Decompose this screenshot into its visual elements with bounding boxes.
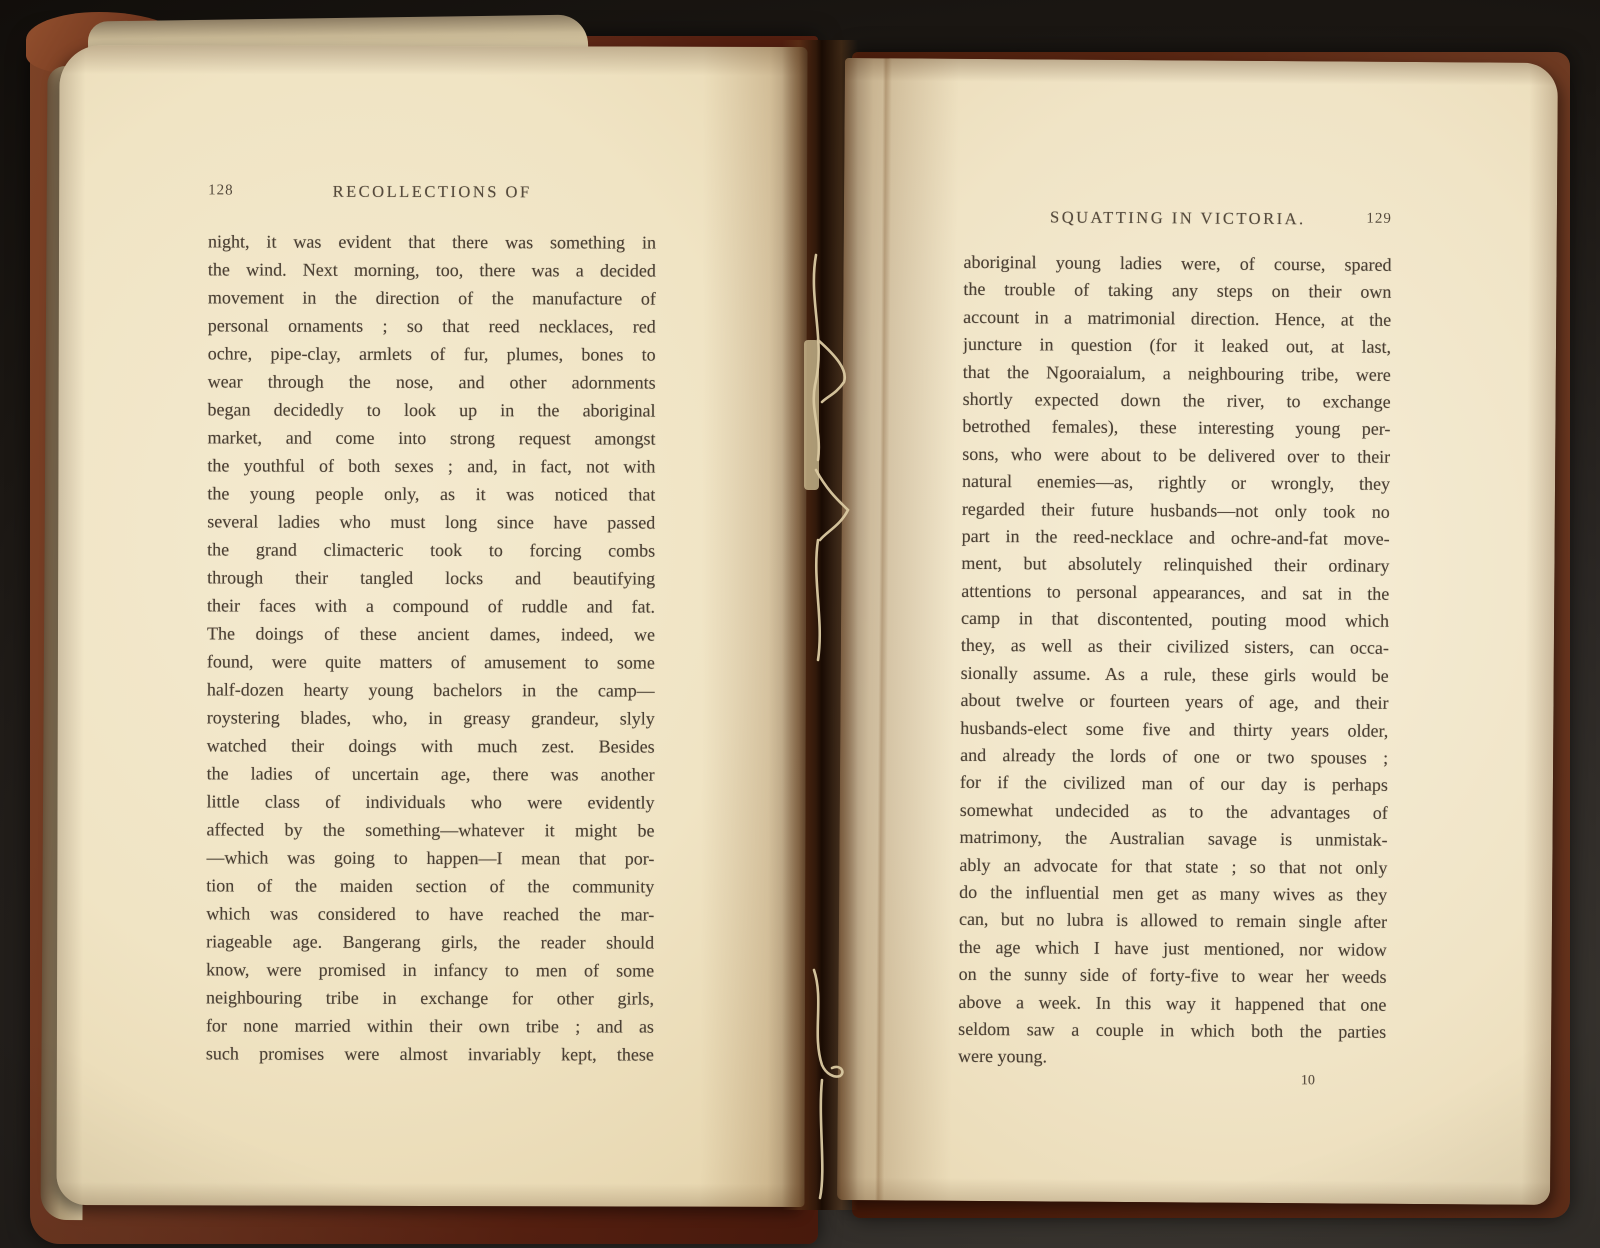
text-line: found, were quite matters of amusement t… <box>207 647 655 676</box>
text-line: for none married within their own tribe … <box>206 1011 654 1040</box>
text-line: the young people only, as it was noticed… <box>207 479 655 508</box>
text-line: personal ornaments ; so that reed neckla… <box>208 311 656 340</box>
text-line: wear through the nose, and other adornme… <box>208 367 656 396</box>
text-line: matrimony, the Australian savage is unmi… <box>959 824 1387 854</box>
text-line: the age which I have just mentioned, nor… <box>959 934 1387 964</box>
text-line: ment, but absolutely relinquished their … <box>961 550 1389 580</box>
text-line: little class of individuals who were evi… <box>207 787 655 816</box>
text-line: riageable age. Bangerang girls, the read… <box>206 927 654 956</box>
left-running-header: RECOLLECTIONS OF <box>208 181 656 202</box>
text-line: the trouble of taking any steps on their… <box>963 276 1391 306</box>
book-photograph: 128 RECOLLECTIONS OF night, it was evide… <box>0 0 1600 1248</box>
text-line: betrothed females), these interesting yo… <box>962 413 1390 443</box>
text-line: know, were promised in infancy to men of… <box>206 955 654 984</box>
text-line: above a week. In this way it happened th… <box>958 988 1386 1018</box>
text-line: the youthful of both sexes ; and, in fac… <box>207 451 655 480</box>
left-page-header: 128 RECOLLECTIONS OF <box>208 181 656 206</box>
text-line: part in the reed-necklace and ochre-and-… <box>962 523 1390 553</box>
text-line: aboriginal young ladies were, of course,… <box>963 249 1391 279</box>
right-page-header: SQUATTING IN VICTORIA. 129 <box>964 207 1392 234</box>
text-line: somewhat undecided as to the advantages … <box>960 797 1388 827</box>
text-line: can, but no lubra is allowed to remain s… <box>959 906 1387 936</box>
text-line: natural enemies—as, rightly or wrongly, … <box>962 468 1390 498</box>
text-line: attentions to personal appearances, and … <box>961 578 1389 608</box>
text-line: through their tangled locks and beautify… <box>207 563 655 592</box>
text-line: for if the civilized man of our day is p… <box>960 769 1388 799</box>
text-line: tion of the maiden section of the commun… <box>206 871 654 900</box>
right-running-header: SQUATTING IN VICTORIA. <box>964 207 1392 230</box>
text-line: The doings of these ancient dames, indee… <box>207 619 655 648</box>
text-line: sons, who were about to be delivered ove… <box>962 441 1390 471</box>
text-line: shortly expected down the river, to exch… <box>963 386 1391 416</box>
text-line: neighbouring tribe in exchange for other… <box>206 983 654 1012</box>
text-line: seldom saw a couple in which both the pa… <box>958 1016 1386 1046</box>
text-line: affected by the something—whatever it mi… <box>206 815 654 844</box>
text-line: ably an advocate for that state ; so tha… <box>959 851 1387 881</box>
text-line: do the influential men get as many wives… <box>959 879 1387 909</box>
text-line: night, it was evident that there was som… <box>208 227 656 256</box>
text-line: husbands-elect some five and thirty year… <box>960 714 1388 744</box>
text-line: half-dozen hearty young bachelors in the… <box>207 675 655 704</box>
right-page-number: 129 <box>1366 211 1392 228</box>
text-line: such promises were almost invariably kep… <box>206 1039 654 1068</box>
signature-mark: 10 <box>1278 1073 1338 1089</box>
text-line: regarded their future husbands—not only … <box>962 495 1390 525</box>
left-page: 128 RECOLLECTIONS OF night, it was evide… <box>56 45 807 1207</box>
text-line: the ladies of uncertain age, there was a… <box>207 759 655 788</box>
text-line: began decidedly to look up in the aborig… <box>208 395 656 424</box>
text-line: camp in that discontented, pouting mood … <box>961 605 1389 635</box>
text-line: which was considered to have reached the… <box>206 899 654 928</box>
text-line: the wind. Next morning, too, there was a… <box>208 255 656 284</box>
text-line: that the Ngooraialum, a neighbouring tri… <box>963 358 1391 388</box>
text-line: their faces with a compound of ruddle an… <box>207 591 655 620</box>
text-line: were young. <box>958 1043 1386 1073</box>
text-line: about twelve or fourteen years of age, a… <box>960 687 1388 717</box>
text-line: roystering blades, who, in greasy grande… <box>207 703 655 732</box>
text-line: they, as well as their civilized sisters… <box>961 632 1389 662</box>
text-line: several ladies who must long since have … <box>207 507 655 536</box>
text-line: on the sunny side of forty-five to wear … <box>959 961 1387 991</box>
text-line: sionally assume. As a rule, these girls … <box>961 660 1389 690</box>
text-line: the grand climacteric took to forcing co… <box>207 535 655 564</box>
text-line: —which was going to happen—I mean that p… <box>206 843 654 872</box>
right-page-text: aboriginal young ladies were, of course,… <box>958 249 1392 1074</box>
text-line: ochre, pipe-clay, armlets of fur, plumes… <box>208 339 656 368</box>
text-line: market, and come into strong request amo… <box>207 423 655 452</box>
left-page-text: night, it was evident that there was som… <box>206 227 656 1068</box>
text-line: and already the lords of one or two spou… <box>960 742 1388 772</box>
left-page-number: 128 <box>208 182 234 199</box>
text-line: movement in the direction of the manufac… <box>208 283 656 312</box>
right-page: SQUATTING IN VICTORIA. 129 aboriginal yo… <box>837 58 1558 1205</box>
text-line: watched their doings with much zest. Bes… <box>207 731 655 760</box>
text-line: account in a matrimonial direction. Henc… <box>963 304 1391 334</box>
text-line: juncture in question (for it leaked out,… <box>963 331 1391 361</box>
